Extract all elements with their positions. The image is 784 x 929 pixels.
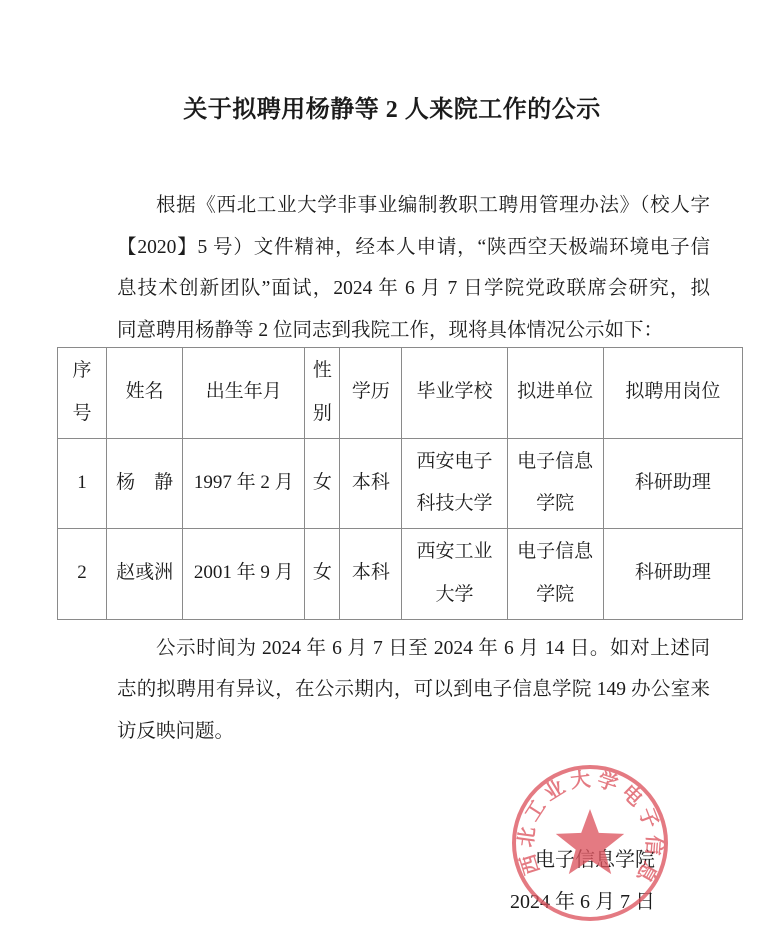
paragraph-line: 同意聘用杨静等 2 位同志到我院工作，现将具体情况公示如下： — [117, 310, 710, 352]
cell-degree: 本科 — [340, 438, 402, 529]
cell-seq: 2 — [58, 529, 107, 620]
cell-birth: 1997 年 2 月 — [183, 438, 305, 529]
document-page: 关于拟聘用杨静等 2 人来院工作的公示 根据《西北工业大学非事业编制教职工聘用管… — [0, 0, 784, 929]
cell-name: 杨 静 — [107, 438, 183, 529]
cell-seq: 1 — [58, 438, 107, 529]
cell-birth: 2001 年 9 月 — [183, 529, 305, 620]
header-school: 毕业学校 — [402, 348, 507, 439]
paragraph-line: 志的拟聘用有异议，在公示期内，可以到电子信息学院 149 办公室来 — [117, 669, 710, 711]
cell-position: 科研助理 — [603, 438, 742, 529]
cell-unit: 电子信息 学院 — [507, 529, 603, 620]
candidates-table: 序 号 姓名 出生年月 性 别 学历 毕业学校 拟进单位 拟聘用岗位 1 杨 静… — [57, 347, 743, 620]
cell-name: 赵彧洲 — [107, 529, 183, 620]
paragraph-line: 【2020】5 号）文件精神，经本人申请，“陕西空天极端环境电子信 — [117, 227, 710, 269]
paragraph-line: 根据《西北工业大学非事业编制教职工聘用管理办法》（校人字 — [117, 185, 710, 227]
cell-gender: 女 — [305, 529, 340, 620]
header-name: 姓名 — [107, 348, 183, 439]
paragraph-line: 公示时间为 2024 年 6 月 7 日至 2024 年 6 月 14 日。如对… — [117, 628, 710, 670]
closing-paragraph: 公示时间为 2024 年 6 月 7 日至 2024 年 6 月 14 日。如对… — [117, 628, 710, 753]
paragraph-line: 息技术创新团队”面试，2024 年 6 月 7 日学院党政联席会研究，拟 — [117, 268, 710, 310]
cell-degree: 本科 — [340, 529, 402, 620]
header-gender: 性 别 — [305, 348, 340, 439]
header-position: 拟聘用岗位 — [603, 348, 742, 439]
cell-school: 西安电子 科技大学 — [402, 438, 507, 529]
header-degree: 学历 — [340, 348, 402, 439]
header-seq: 序 号 — [58, 348, 107, 439]
header-unit: 拟进单位 — [507, 348, 603, 439]
cell-unit: 电子信息 学院 — [507, 438, 603, 529]
table-header-row: 序 号 姓名 出生年月 性 别 学历 毕业学校 拟进单位 拟聘用岗位 — [58, 348, 743, 439]
cell-position: 科研助理 — [603, 529, 742, 620]
document-title: 关于拟聘用杨静等 2 人来院工作的公示 — [0, 0, 784, 125]
cell-school: 西安工业 大学 — [402, 529, 507, 620]
opening-paragraph: 根据《西北工业大学非事业编制教职工聘用管理办法》（校人字 【2020】5 号）文… — [117, 185, 710, 351]
signature-block: 电子信息学院 2024 年 6 月 7 日 — [0, 840, 784, 923]
cell-gender: 女 — [305, 438, 340, 529]
paragraph-line: 访反映问题。 — [117, 711, 710, 753]
signature-date: 2024 年 6 月 7 日 — [0, 882, 655, 924]
header-birth: 出生年月 — [183, 348, 305, 439]
table-row: 1 杨 静 1997 年 2 月 女 本科 西安电子 科技大学 电子信息 学院 … — [58, 438, 743, 529]
signature-org: 电子信息学院 — [0, 840, 655, 882]
table-row: 2 赵彧洲 2001 年 9 月 女 本科 西安工业 大学 电子信息 学院 科研… — [58, 529, 743, 620]
